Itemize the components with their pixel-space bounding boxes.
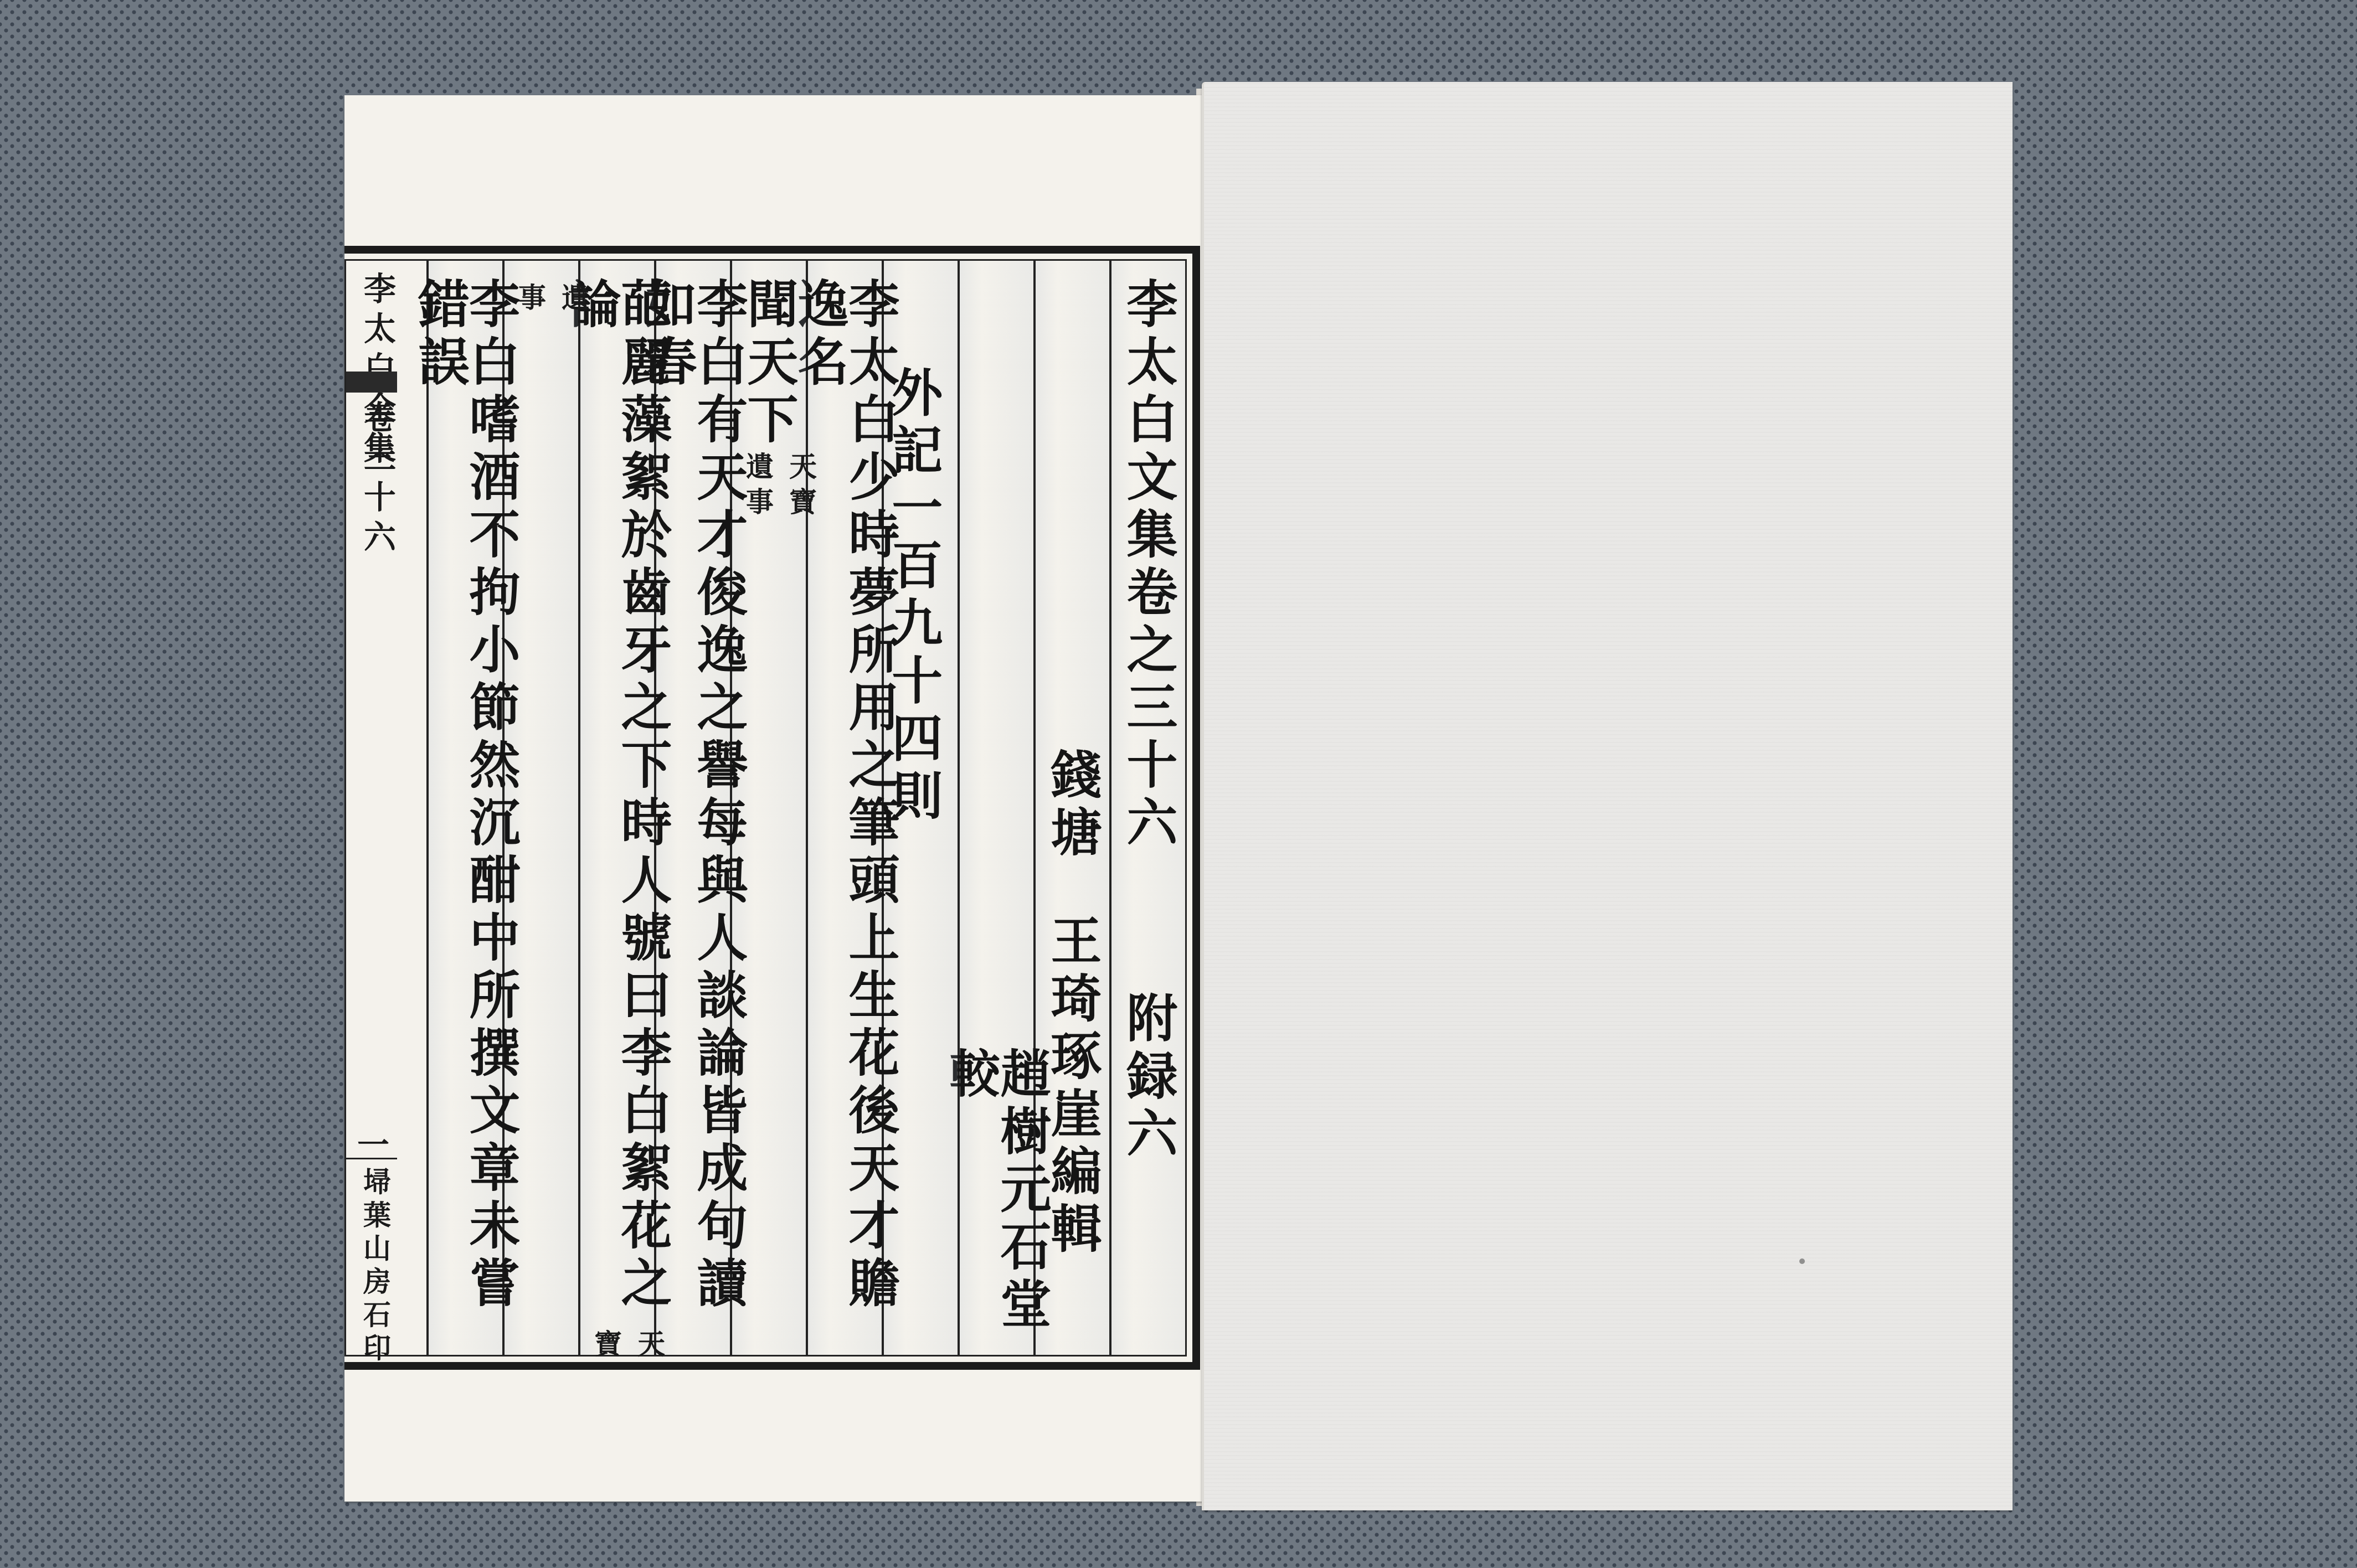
note-right: 天 (629, 1329, 669, 1365)
body-text: 李白嗜酒不拘小節然沉酣中所撰文章未嘗錯誤 (415, 277, 517, 1355)
editor-name: 王琦琢崖編輯 (1047, 914, 1098, 1260)
volume-title: 李太白文集卷之三十六 (1123, 277, 1174, 853)
printer-mark: 埽葉山房石印 (355, 1167, 395, 1366)
column-proofreader: 趙樹元石堂較 (958, 261, 1033, 1355)
note-right: 天寶 (781, 452, 821, 523)
editor-place: 錢塘 (1047, 748, 1098, 863)
fold-volume: 卷三十六 (354, 400, 400, 560)
source-note: 天寶 遺事 (738, 452, 821, 523)
proofreader-name: 趙樹元石堂較 (946, 1047, 1048, 1355)
source-note: 遺 事 (510, 283, 593, 318)
source-note: 天 寶 (586, 1329, 669, 1365)
paper-spot (1799, 1258, 1805, 1264)
inner-frame: 李太白文集卷之三十六 附録六 錢塘 王琦琢崖編輯 趙樹元石堂較 外記一百九十四則 (344, 259, 1187, 1356)
fishtail-mark (346, 372, 397, 393)
printed-frame: 李太白文集卷之三十六 附録六 錢塘 王琦琢崖編輯 趙樹元石堂較 外記一百九十四則 (344, 246, 1200, 1370)
column-body-1: 李太白少時夢所用之筆頭上生花後天才贍逸名 (806, 261, 882, 1355)
body-text: 葩麗藻絮於齒牙之下時人號曰李白絮花之論 (567, 277, 668, 1355)
column-body-6: 李白嗜酒不拘小節然沉酣中所撰文章未嘗錯誤 (426, 261, 502, 1355)
fold-margin: 李太白全集 卷三十六 一 埽葉山房石印 (344, 261, 395, 1355)
body-text: 李太白少時夢所用之筆頭上生花後天才贍逸名 (794, 277, 896, 1355)
note-left: 寶 (586, 1329, 626, 1365)
fold-area: 李太白全集 卷三十六 一 埽葉山房石印 (344, 261, 426, 1355)
appendix-label: 附録六 (1123, 992, 1174, 1164)
left-page: 李太白文集卷之三十六 附録六 錢塘 王琦琢崖編輯 趙樹元石堂較 外記一百九十四則 (344, 95, 1212, 1502)
printer-box: 埽葉山房石印 (346, 1158, 397, 1370)
column-body-4: 葩麗藻絮於齒牙之下時人號曰李白絮花之論 天 寶 (578, 261, 654, 1355)
text-columns: 李太白文集卷之三十六 附録六 錢塘 王琦琢崖編輯 趙樹元石堂較 外記一百九十四則 (344, 261, 1185, 1355)
right-page-blank (1202, 82, 2013, 1510)
column-title: 李太白文集卷之三十六 附録六 (1109, 261, 1185, 1355)
body-text: 聞天下 (744, 277, 795, 450)
note-right: 遺 (553, 283, 593, 318)
